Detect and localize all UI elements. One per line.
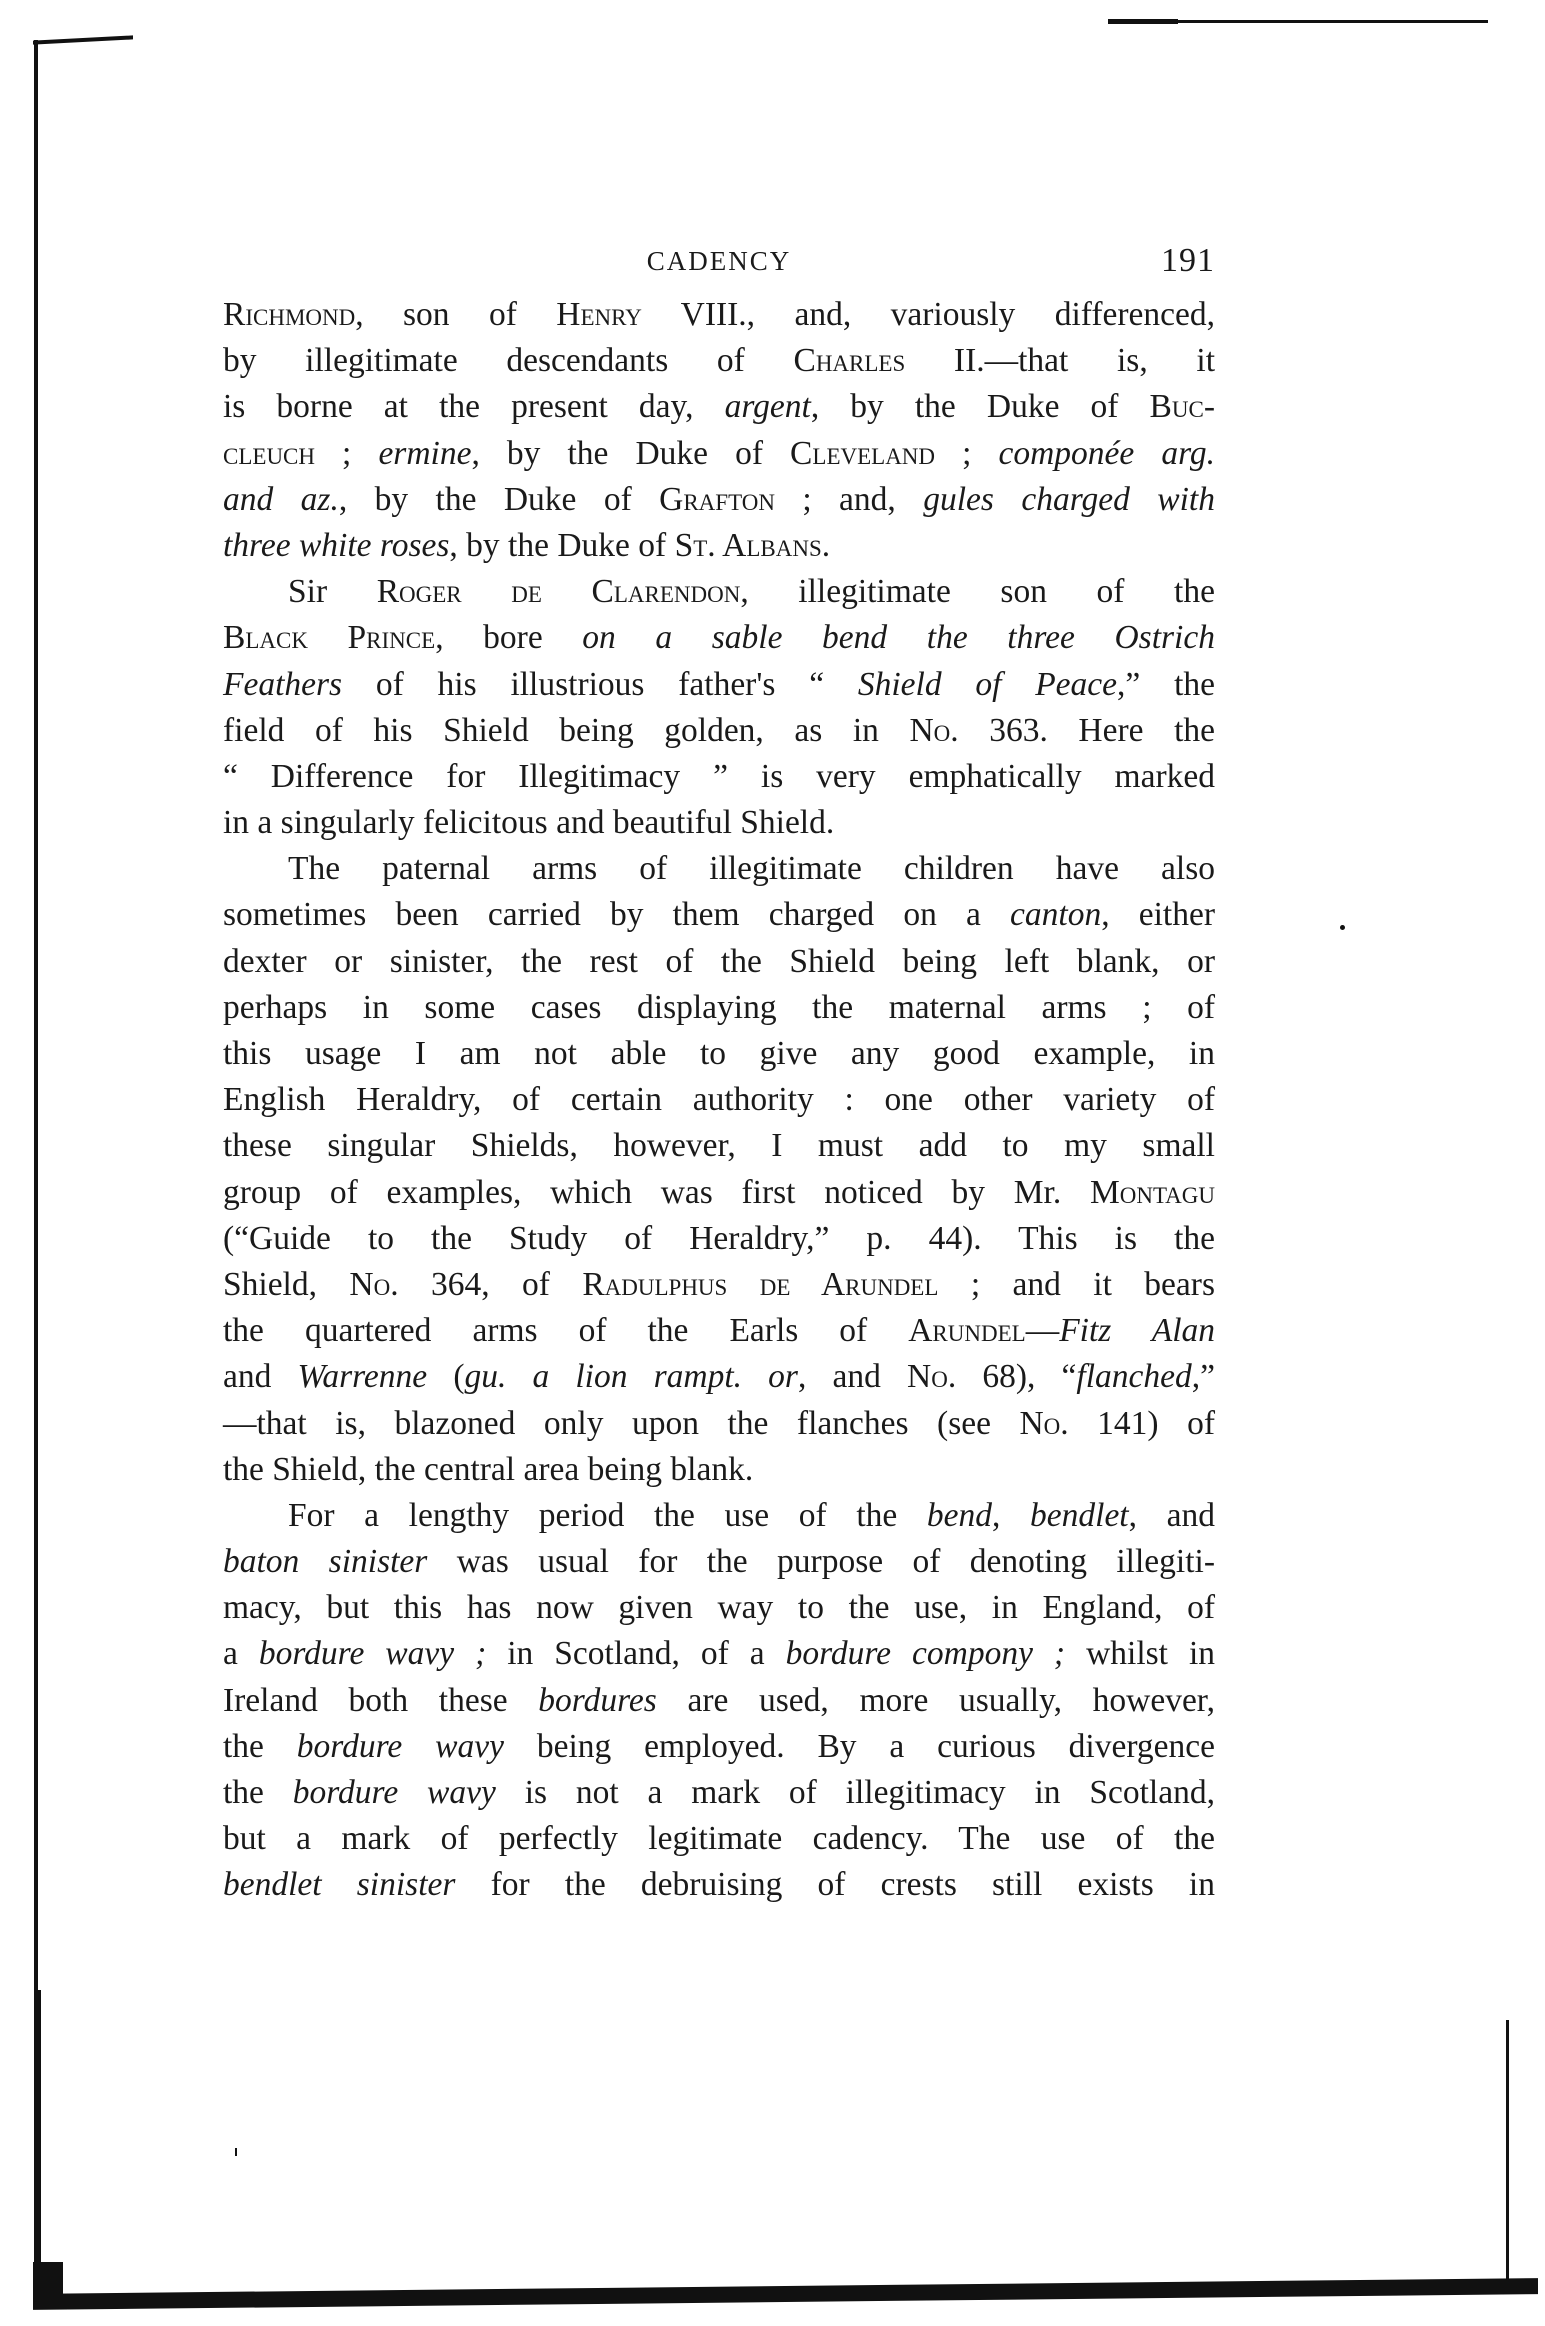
text-line: group of examples, which was first notic… — [223, 1170, 1215, 1216]
text-line: in a singularly felicitous and beautiful… — [223, 800, 1215, 846]
small-caps-run: Radulphus de Arundel — [582, 1266, 938, 1303]
text-line: the quartered arms of the Earls of Arund… — [223, 1308, 1215, 1354]
text-line: Ireland both these bordures are used, mo… — [223, 1678, 1215, 1724]
text-run: ; — [935, 435, 998, 472]
text-run: (“Guide to the Study of Heraldry,” p. 44… — [223, 1220, 1215, 1257]
small-caps-run: Buc- — [1150, 388, 1215, 425]
scan-edge-bottom-rule — [33, 2278, 1538, 2310]
text-line: Shield, No. 364, of Radulphus de Arundel… — [223, 1262, 1215, 1308]
text-line: by illegitimate descendants of Charles I… — [223, 338, 1215, 384]
small-caps-run: Roger de Clarendon — [377, 573, 741, 610]
text-run: , by the Duke of — [811, 388, 1150, 425]
text-run: these singular Shields, however, I must … — [223, 1127, 1215, 1164]
text-run: 364, of — [399, 1266, 583, 1303]
text-run: , bore — [435, 619, 582, 656]
text-run: 141) of — [1069, 1405, 1215, 1442]
text-line: field of his Shield being golden, as in … — [223, 708, 1215, 754]
italic-run: canton — [1010, 896, 1101, 933]
italic-run: on a sable bend the three Ostrich — [582, 619, 1215, 656]
small-caps-run: Grafton — [659, 481, 775, 518]
text-run: , — [992, 1497, 1030, 1534]
text-line: the bordure wavy is not a mark of illegi… — [223, 1770, 1215, 1816]
text-run: macy, but this has now given way to the … — [223, 1589, 1215, 1626]
text-run: . — [822, 527, 830, 564]
text-run: — — [1026, 1312, 1060, 1349]
text-run: “ Difference for Illegitimacy ” is very … — [223, 758, 1215, 795]
text-run: ,” — [1192, 1358, 1215, 1395]
italic-run: gules charged with — [923, 481, 1215, 518]
text-line: and Warrenne (gu. a lion rampt. or, and … — [223, 1354, 1215, 1400]
text-run: , either — [1101, 896, 1215, 933]
text-line: bendlet sinister for the debruising of c… — [223, 1862, 1215, 1908]
text-run: , and — [1129, 1497, 1215, 1534]
text-line: Sir Roger de Clarendon, illegitimate son… — [223, 569, 1215, 615]
text-run: whilst in — [1065, 1635, 1215, 1672]
italic-run: bordure compony ; — [786, 1635, 1066, 1672]
text-line: the bordure wavy being employed. By a cu… — [223, 1724, 1215, 1770]
text-line: three white roses, by the Duke of St. Al… — [223, 523, 1215, 569]
text-run: The paternal arms of illegitimate childr… — [288, 850, 1215, 887]
text-run: ,” the — [1117, 666, 1215, 703]
small-caps-run: No. — [349, 1266, 398, 1303]
text-line: baton sinister was usual for the purpose… — [223, 1539, 1215, 1585]
text-line: The paternal arms of illegitimate childr… — [223, 846, 1215, 892]
running-head: CADENCY 191 — [223, 238, 1215, 284]
paragraph: The paternal arms of illegitimate childr… — [223, 846, 1215, 1493]
italic-run: Feathers — [223, 666, 342, 703]
text-line: (“Guide to the Study of Heraldry,” p. 44… — [223, 1216, 1215, 1262]
text-line: these singular Shields, however, I must … — [223, 1123, 1215, 1169]
italic-run: and az. — [223, 481, 339, 518]
text-line: —that is, blazoned only upon the flanche… — [223, 1401, 1215, 1447]
text-run: the Shield, the central area being blank… — [223, 1451, 753, 1488]
text-run: being employed. By a curious divergence — [504, 1728, 1215, 1765]
text-run: this usage I am not able to give any goo… — [223, 1035, 1215, 1072]
scan-speck-mark — [235, 2148, 237, 2156]
italic-run: Shield of Peace — [858, 666, 1117, 703]
text-run: but a mark of perfectly legitimate caden… — [223, 1820, 1215, 1857]
text-run: field of his Shield being golden, as in — [223, 712, 909, 749]
text-line: sometimes been carried by them charged o… — [223, 892, 1215, 938]
small-caps-run: Arundel — [908, 1312, 1025, 1349]
text-run: ; and it bears — [938, 1266, 1215, 1303]
text-run: perhaps in some cases displaying the mat… — [223, 989, 1215, 1026]
small-caps-run: No. — [907, 1358, 956, 1395]
text-run: For a lengthy period the use of the — [288, 1497, 927, 1534]
text-run: Ireland both these — [223, 1682, 538, 1719]
italic-run: bordures — [538, 1682, 657, 1719]
running-title: CADENCY — [223, 246, 1215, 277]
text-run: , son of — [355, 296, 556, 333]
text-run: group of examples, which was first notic… — [223, 1174, 1090, 1211]
italic-run: bendlet — [1030, 1497, 1129, 1534]
paragraph: Richmond, son of Henry VIII., and, vario… — [223, 292, 1215, 569]
text-run: dexter or sinister, the rest of the Shie… — [223, 943, 1215, 980]
body-text: Richmond, son of Henry VIII., and, vario… — [223, 292, 1215, 1909]
text-line: perhaps in some cases displaying the mat… — [223, 985, 1215, 1031]
text-line: a bordure wavy ; in Scotland, of a bordu… — [223, 1631, 1215, 1677]
text-run: ; and, — [775, 481, 923, 518]
small-caps-run: Cleveland — [790, 435, 935, 472]
text-line: “ Difference for Illegitimacy ” is very … — [223, 754, 1215, 800]
text-line: this usage I am not able to give any goo… — [223, 1031, 1215, 1077]
italic-run: bordure wavy ; — [259, 1635, 486, 1672]
small-caps-run: No. — [909, 712, 958, 749]
italic-run: bendlet sinister — [223, 1866, 455, 1903]
text-run: is borne at the present day, — [223, 388, 725, 425]
small-caps-run: Montagu — [1090, 1174, 1215, 1211]
text-run: , and — [798, 1358, 907, 1395]
text-run: 68), “ — [956, 1358, 1076, 1395]
text-line: the Shield, the central area being blank… — [223, 1447, 1215, 1493]
text-line: Black Prince, bore on a sable bend the t… — [223, 615, 1215, 661]
text-line: and az., by the Duke of Grafton ; and, g… — [223, 477, 1215, 523]
text-run: a — [223, 1635, 259, 1672]
small-caps-run: cleuch — [223, 435, 315, 472]
text-line: but a mark of perfectly legitimate caden… — [223, 1816, 1215, 1862]
text-run: Sir — [288, 573, 377, 610]
text-run: are used, more usually, however, — [657, 1682, 1215, 1719]
italic-run: Warrenne — [298, 1358, 428, 1395]
text-run: II.—that is, it — [905, 342, 1215, 379]
small-caps-run: Richmond — [223, 296, 355, 333]
text-line: Richmond, son of Henry VIII., and, vario… — [223, 292, 1215, 338]
italic-run: bordure wavy — [293, 1774, 496, 1811]
text-run: the — [223, 1728, 297, 1765]
text-run: ; — [315, 435, 378, 472]
scan-edge-bottom-left-corner — [33, 2262, 63, 2302]
text-run: Shield, — [223, 1266, 349, 1303]
small-caps-run: Henry — [556, 296, 642, 333]
scan-speck-dot — [1340, 925, 1345, 930]
text-run: sometimes been carried by them charged o… — [223, 896, 1010, 933]
italic-run: bend — [927, 1497, 992, 1534]
small-caps-run: Charles — [793, 342, 905, 379]
small-caps-run: No. — [1019, 1405, 1068, 1442]
text-line: Feathers of his illustrious father's “ S… — [223, 662, 1215, 708]
italic-run: three white roses — [223, 527, 449, 564]
italic-run: ermine — [378, 435, 471, 472]
text-line: English Heraldry, of certain authority :… — [223, 1077, 1215, 1123]
book-page: CADENCY 191 Richmond, son of Henry VIII.… — [0, 0, 1545, 2326]
text-line: cleuch ; ermine, by the Duke of Clevelan… — [223, 431, 1215, 477]
text-run: and — [223, 1358, 298, 1395]
text-run: VIII., and, variously differenced, — [642, 296, 1215, 333]
text-line: macy, but this has now given way to the … — [223, 1585, 1215, 1631]
paragraph: For a lengthy period the use of the bend… — [223, 1493, 1215, 1909]
text-run: the — [223, 1774, 293, 1811]
text-run: of his illustrious father's “ — [342, 666, 858, 703]
text-run: is not a mark of illegitimacy in Scotlan… — [496, 1774, 1215, 1811]
text-run: ( — [427, 1358, 464, 1395]
text-run: , by the Duke of — [449, 527, 674, 564]
scan-edge-left-bar-thick — [36, 1990, 41, 2280]
italic-run: baton sinister — [223, 1543, 427, 1580]
paragraph: Sir Roger de Clarendon, illegitimate son… — [223, 569, 1215, 846]
scan-edge-right-bar — [1506, 2020, 1509, 2290]
text-run: for the debruising of crests still exist… — [455, 1866, 1215, 1903]
page-number: 191 — [1161, 242, 1215, 280]
text-line: is borne at the present day, argent, by … — [223, 384, 1215, 430]
italic-run: gu. a lion rampt. or — [464, 1358, 798, 1395]
text-run: English Heraldry, of certain authority :… — [223, 1081, 1215, 1118]
scan-edge-top-left-corner — [33, 35, 133, 44]
text-run: , illegitimate son of the — [740, 573, 1215, 610]
italic-run: componée arg. — [998, 435, 1215, 472]
text-run: —that is, blazoned only upon the flanche… — [223, 1405, 1019, 1442]
text-run: in Scotland, of a — [486, 1635, 785, 1672]
italic-run: Fitz Alan — [1059, 1312, 1215, 1349]
text-run: in a singularly felicitous and beautiful… — [223, 804, 834, 841]
italic-run: argent — [725, 388, 811, 425]
scan-edge-top-right-rule-thick — [1108, 19, 1178, 24]
text-run: was usual for the purpose of denoting il… — [427, 1543, 1215, 1580]
small-caps-run: St. Albans — [675, 527, 822, 564]
text-run: 363. Here the — [959, 712, 1215, 749]
text-line: For a lengthy period the use of the bend… — [223, 1493, 1215, 1539]
text-run: , by the Duke of — [471, 435, 790, 472]
italic-run: flanched — [1076, 1358, 1191, 1395]
text-run: , by the Duke of — [339, 481, 659, 518]
scan-edge-left-bar — [34, 40, 38, 2302]
text-line: dexter or sinister, the rest of the Shie… — [223, 939, 1215, 985]
text-run: by illegitimate descendants of — [223, 342, 793, 379]
small-caps-run: Black Prince — [223, 619, 435, 656]
italic-run: bordure wavy — [297, 1728, 504, 1765]
text-run: the quartered arms of the Earls of — [223, 1312, 908, 1349]
